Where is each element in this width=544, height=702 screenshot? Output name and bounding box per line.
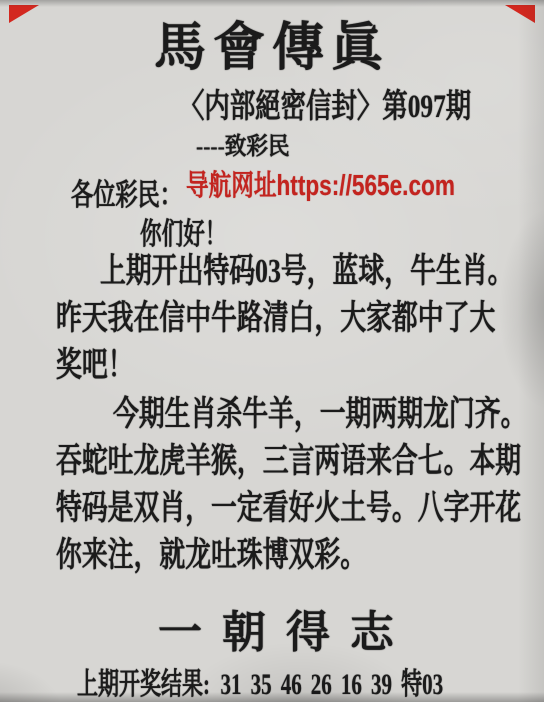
result-number: 35	[251, 668, 272, 702]
page-title: 馬會傳眞	[0, 20, 544, 77]
result-number: 31	[221, 668, 242, 702]
body-line-text: 昨天我在信中牛路清白，大家都中了大	[56, 295, 495, 342]
body-line: 奖吧！	[56, 342, 544, 389]
greeting: 你们好！	[140, 209, 260, 253]
nav-url-text: 导航网址https://565e.com	[186, 163, 455, 204]
paragraph-current-tip: 今期生肖杀牛羊，一期两期龙门齐。 吞蛇吐龙虎羊猴，三言两语来合七。本期 特码是双…	[56, 391, 544, 579]
results-label: 上期开奖结果:	[77, 659, 210, 702]
result-number: 39	[371, 668, 392, 702]
body-line-text: 吞蛇吐龙虎羊猴，三言两语来合七。本期	[56, 438, 521, 485]
body-line: 特码是双肖，一定看好火土号。八字开花	[56, 485, 544, 532]
body-line-text: 今期生肖杀牛羊，一期两期龙门齐。	[113, 391, 526, 438]
subtitle-issue-number: 〈内部絕密信封〉第097期	[179, 80, 544, 127]
result-special-number: 特03	[401, 659, 443, 702]
result-number: 16	[341, 668, 362, 702]
body-line: 昨天我在信中牛路清白，大家都中了大	[56, 295, 544, 342]
body-line: 你来注，就龙吐珠博双彩。	[56, 532, 544, 579]
body-line-text: 你来注，就龙吐珠博双彩。	[56, 532, 366, 579]
dedication-line: ----致彩民	[196, 126, 300, 161]
slogan: 一朝得志	[0, 596, 544, 660]
body-line: 吞蛇吐龙虎羊猴，三言两语来合七。本期	[56, 438, 544, 485]
dedication-text: ----致彩民	[196, 126, 290, 161]
body-line: 上期开出特码03号，蓝球，牛生肖。	[56, 248, 544, 295]
greeting-text: 你们好！	[140, 209, 226, 253]
subtitle-text: 〈内部絕密信封〉第097期	[179, 80, 471, 127]
nav-url-overlay: 导航网址https://565e.com	[186, 163, 531, 204]
previous-results-line: 上期开奖结果: 31 35 46 26 16 39 特03	[77, 659, 443, 702]
body-line-text: 特码是双肖，一定看好火土号。八字开花	[56, 485, 521, 532]
body-line: 今期生肖杀牛羊，一期两期龙门齐。	[56, 391, 544, 438]
paragraph-previous-draw: 上期开出特码03号，蓝球，牛生肖。 昨天我在信中牛路清白，大家都中了大 奖吧！	[56, 248, 544, 389]
salutation-text: 各位彩民：	[71, 170, 182, 214]
fax-flyer: 馬會傳眞 〈内部絕密信封〉第097期 ----致彩民 各位彩民： 导航网址htt…	[0, 0, 544, 702]
result-number: 26	[311, 668, 332, 702]
body-line-text: 奖吧！	[56, 342, 134, 389]
body-line-text: 上期开出特码03号，蓝球，牛生肖。	[100, 248, 513, 295]
result-number: 46	[281, 668, 302, 702]
